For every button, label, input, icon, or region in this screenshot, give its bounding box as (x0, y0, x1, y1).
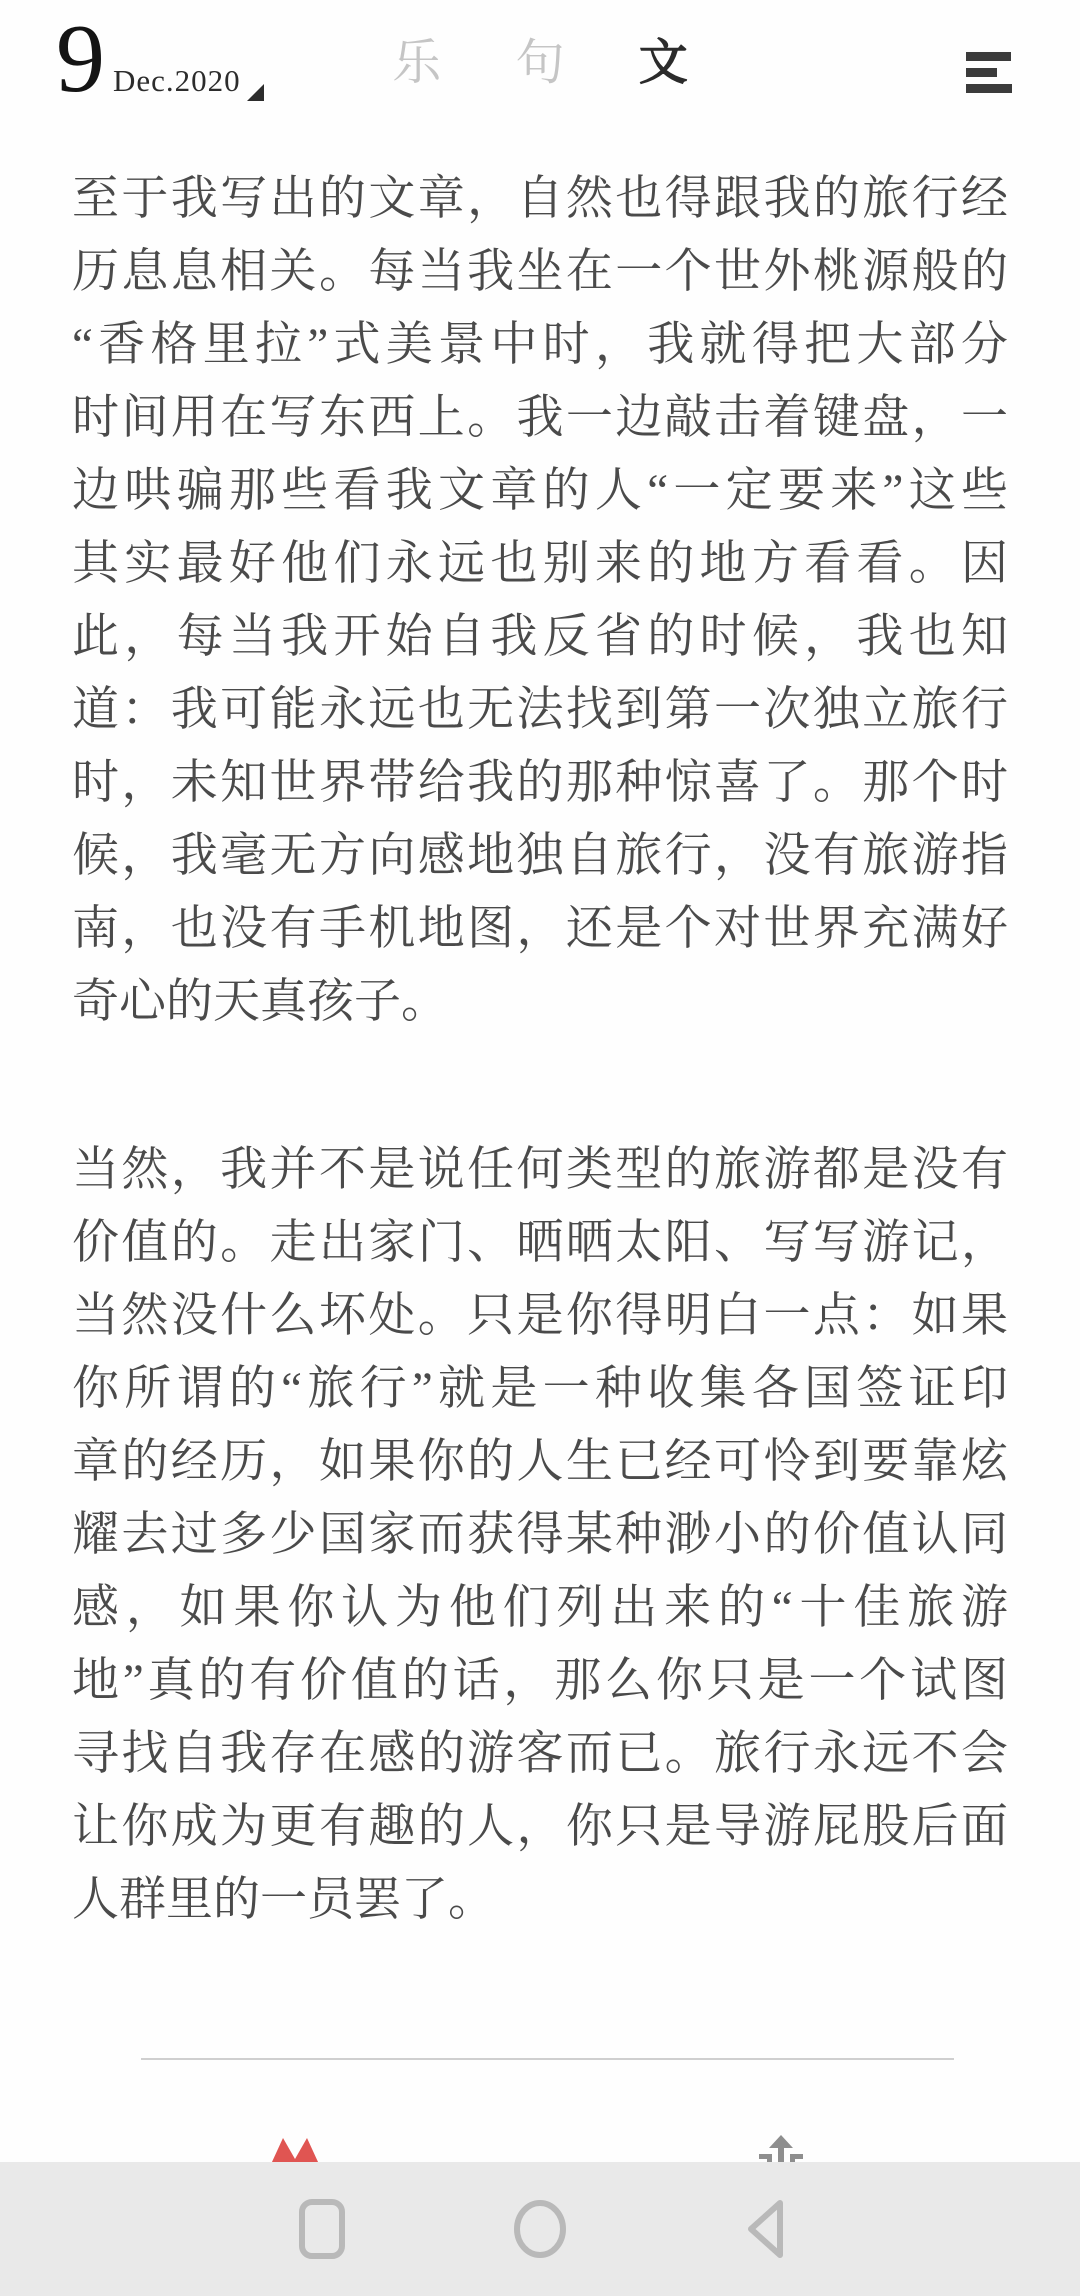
text-line: 道：我可能永远也无法找到第一次独立旅行 (72, 674, 1008, 747)
text-line: 寻找自我存在感的游客而已。旅行永远不会 (72, 1718, 1008, 1791)
text-line: 人群里的一员罢了。 (72, 1864, 1008, 1937)
text-line: 边哄骗那些看我文章的人“一定要来”这些 (72, 455, 1008, 528)
nav-back-button[interactable] (743, 2199, 789, 2264)
recents-square-icon (299, 2199, 345, 2259)
text-line: 此，每当我开始自我反省的时候，我也知 (72, 601, 1008, 674)
divider (141, 2058, 954, 2060)
text-line: 南，也没有手机地图，还是个对世界充满好 (72, 893, 1008, 966)
hamburger-menu-icon[interactable] (966, 52, 1012, 93)
article: 至于我写出的文章，自然也得跟我的旅行经历息息相关。每当我坐在一个世外桃源般的“香… (72, 163, 1008, 2032)
text-line: 地”真的有价值的话，那么你只是一个试图 (72, 1645, 1008, 1718)
android-navbar (0, 2162, 1080, 2296)
nav-home-button[interactable] (513, 2199, 567, 2264)
app-title: 乐 句 文 (0, 34, 1080, 93)
text-line: 章的经历，如果你的人生已经可怜到要靠炫 (72, 1426, 1008, 1499)
menu-bar (966, 84, 1012, 93)
text-line: 你所谓的“旅行”就是一种收集各国签证印 (72, 1353, 1008, 1426)
text-line: 时，未知世界带给我的那种惊喜了。那个时 (72, 747, 1008, 820)
back-triangle-icon (743, 2199, 789, 2259)
text-line: 感，如果你认为他们列出来的“十佳旅游 (72, 1572, 1008, 1645)
text-line: 价值的。走出家门、晒晒太阳、写写游记， (72, 1207, 1008, 1280)
text-line: 时间用在写东西上。我一边敲击着键盘，一 (72, 382, 1008, 455)
text-line: 其实最好他们永远也别来的地方看看。因 (72, 528, 1008, 601)
menu-bar (966, 52, 1011, 61)
text-line: 候，我毫无方向感地独自旅行，没有旅游指 (72, 820, 1008, 893)
home-circle-icon (513, 2199, 567, 2259)
nav-recents-button[interactable] (299, 2199, 345, 2264)
tab-wen[interactable]: 文 (639, 35, 688, 90)
text-line: 当然，我并不是说任何类型的旅游都是没有 (72, 1134, 1008, 1207)
reader-page: 9 Dec.2020 乐 句 文 至于我写出的文章，自然也得跟我的旅行经历息息相… (0, 0, 1080, 2296)
text-line: 历息息相关。每当我坐在一个世外桃源般的 (72, 236, 1008, 309)
tab-le[interactable]: 乐 (392, 35, 441, 90)
text-line: 耀去过多少国家而获得某种渺小的价值认同 (72, 1499, 1008, 1572)
text-line: “香格里拉”式美景中时，我就得把大部分 (72, 309, 1008, 382)
paragraph: 至于我写出的文章，自然也得跟我的旅行经历息息相关。每当我坐在一个世外桃源般的“香… (72, 163, 1008, 1039)
text-line: 让你成为更有趣的人，你只是导游屁股后面 (72, 1791, 1008, 1864)
text-line: 奇心的天真孩子。 (72, 966, 1008, 1039)
text-line: 至于我写出的文章，自然也得跟我的旅行经 (72, 163, 1008, 236)
paragraph: 当然，我并不是说任何类型的旅游都是没有价值的。走出家门、晒晒太阳、写写游记，当然… (72, 1134, 1008, 1937)
tab-ju[interactable]: 句 (515, 35, 564, 90)
text-line: 当然没什么坏处。只是你得明白一点：如果 (72, 1280, 1008, 1353)
menu-bar (966, 68, 997, 77)
